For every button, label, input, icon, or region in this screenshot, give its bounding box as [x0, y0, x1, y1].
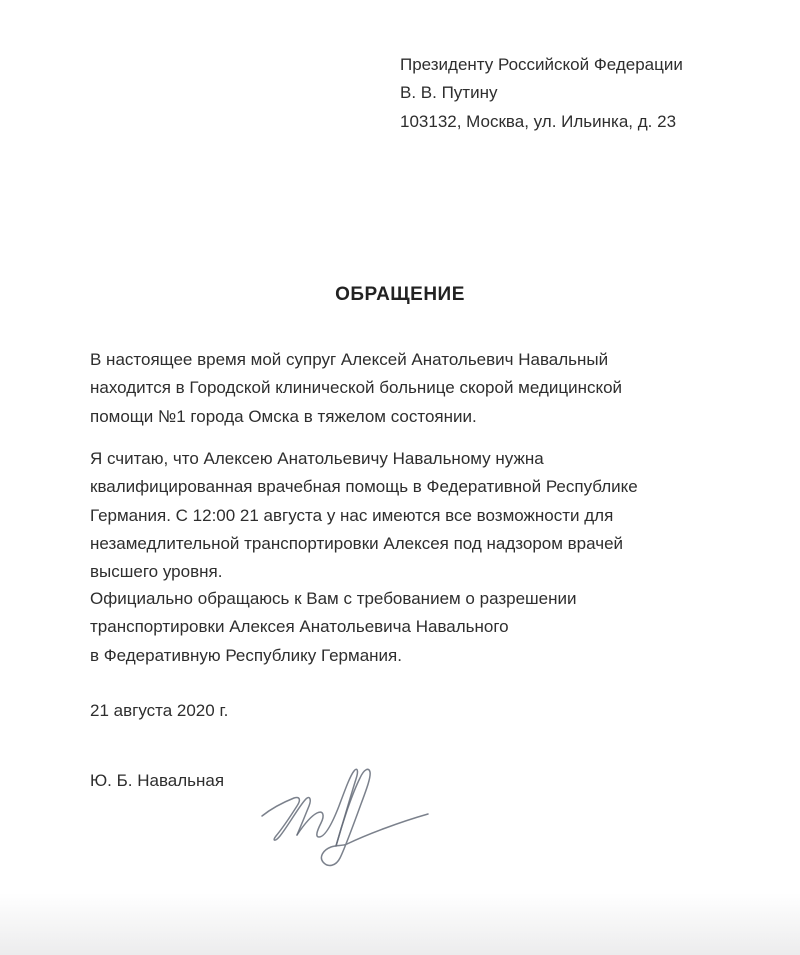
signer-name: Ю. Б. Навальная: [90, 767, 224, 795]
paragraph-current-condition: В настоящее время мой супруг Алексей Ана…: [90, 346, 622, 431]
signature-stroke-lead-in: [262, 797, 310, 840]
document-title: ОБРАЩЕНИЕ: [0, 284, 800, 306]
letter-document: Президенту Российской Федерации В. В. Пу…: [0, 0, 800, 955]
date-line: 21 августа 2020 г.: [90, 697, 228, 725]
paragraph-official-demand: Официально обращаюсь к Вам с требованием…: [90, 585, 577, 670]
recipient-address-block: Президенту Российской Федерации В. В. Пу…: [400, 51, 683, 136]
handwritten-signature: [248, 756, 448, 874]
signature-stroke-flourish: [321, 769, 428, 865]
paragraph-medical-need: Я считаю, что Алексею Анатольевичу Навал…: [90, 445, 638, 586]
page-bottom-shadow: [0, 893, 800, 955]
